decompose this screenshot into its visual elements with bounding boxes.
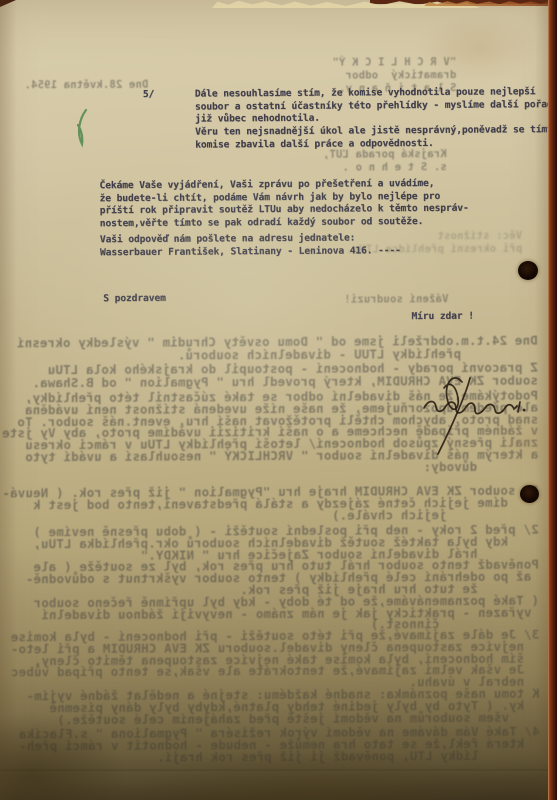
signature-ink [378,368,533,460]
hole-punch-top [518,261,538,280]
bottom-fold-crease [0,769,549,772]
item-5-paragraph: Dále nesouhlasíme stím, že komise vyhodn… [195,86,557,152]
closing-phrase: S pozdravem [103,293,166,306]
item-5-marker: 5/ [143,89,154,102]
green-pen-mark [70,108,94,148]
closing-paragraph: Čekáme Vaše vyjádření, Vaši zprávu po př… [99,178,468,231]
hole-punch-bottom [520,485,539,503]
salute-phrase: Míru zdar ! [411,311,474,324]
photographed-letter-page: Dne 28.května 1954. "V R C H L I C K Ý"d… [0,0,557,800]
reply-address: Vaši odpověď nám pošlete na adresu jedna… [100,232,401,260]
background-right-edge [548,0,557,800]
